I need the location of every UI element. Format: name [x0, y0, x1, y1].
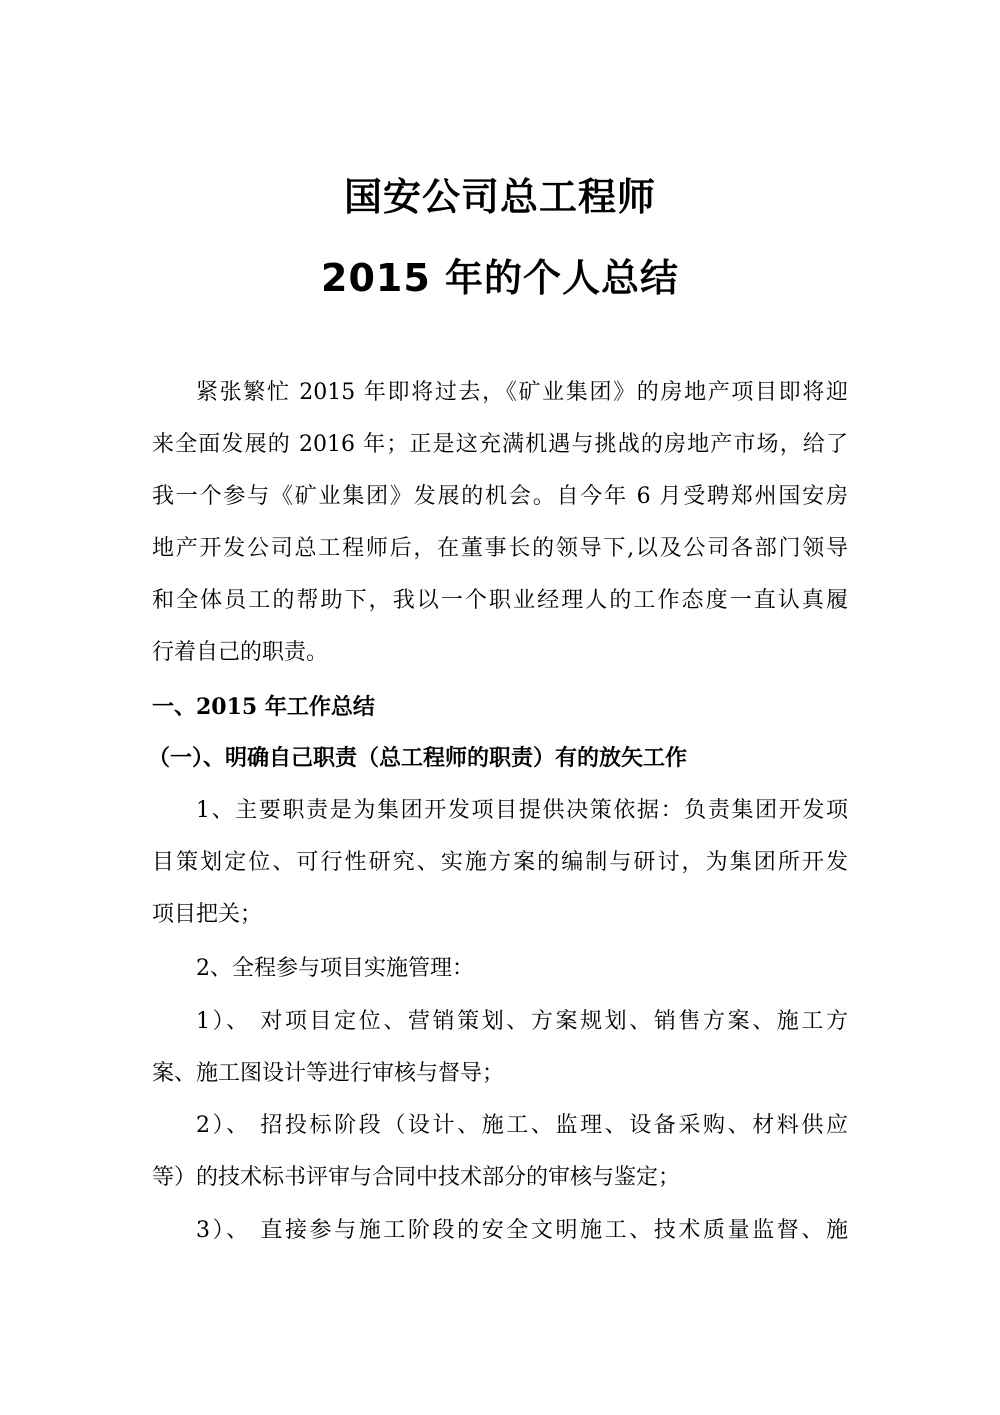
- paragraph-line: 来全面发展的 2016 年；正是这充满机遇与挑战的房地产市场，给了: [152, 430, 848, 460]
- subsection-heading: （一）、明确自己职责（总工程师的职责）有的放矢工作: [148, 744, 687, 774]
- section-heading: 一、2015 年工作总结: [152, 692, 375, 722]
- paragraph-line: 1、主要职责是为集团开发项目提供决策依据：负责集团开发项: [152, 796, 848, 826]
- paragraph-line: 2、全程参与项目实施管理：: [152, 954, 848, 984]
- paragraph-line: 2）、 招投标阶段（设计、施工、监理、设备采购、材料供应: [152, 1111, 848, 1141]
- paragraph-line: 和全体员工的帮助下，我以一个职业经理人的工作态度一直认真履: [152, 586, 848, 616]
- paragraph-line: 我一个参与《矿业集团》发展的机会。自今年 6 月受聘郑州国安房: [152, 482, 848, 512]
- paragraph-line: 目策划定位、可行性研究、实施方案的编制与研讨，为集团所开发: [152, 848, 848, 878]
- paragraph-line: 3）、 直接参与施工阶段的安全文明施工、技术质量监督、施: [152, 1216, 848, 1246]
- paragraph-line: 地产开发公司总工程师后，在董事长的领导下,以及公司各部门领导: [152, 534, 848, 564]
- paragraph-line: 紧张繁忙 2015 年即将过去，《矿业集团》的房地产项目即将迎: [152, 378, 848, 408]
- paragraph-line: 项目把关；: [152, 900, 848, 930]
- document-page: 国安公司总工程师 2015 年的个人总结 紧张繁忙 2015 年即将过去，《矿业…: [0, 0, 1000, 1415]
- paragraph-line: 1）、 对项目定位、营销策划、方案规划、销售方案、施工方: [152, 1007, 848, 1037]
- document-title: 国安公司总工程师: [0, 175, 1000, 219]
- paragraph-line: 案、施工图设计等进行审核与督导；: [152, 1059, 848, 1089]
- paragraph-line: 行着自己的职责。: [152, 638, 848, 668]
- document-subtitle: 2015 年的个人总结: [0, 256, 1000, 300]
- paragraph-line: 等）的技术标书评审与合同中技术部分的审核与鉴定；: [152, 1163, 848, 1193]
